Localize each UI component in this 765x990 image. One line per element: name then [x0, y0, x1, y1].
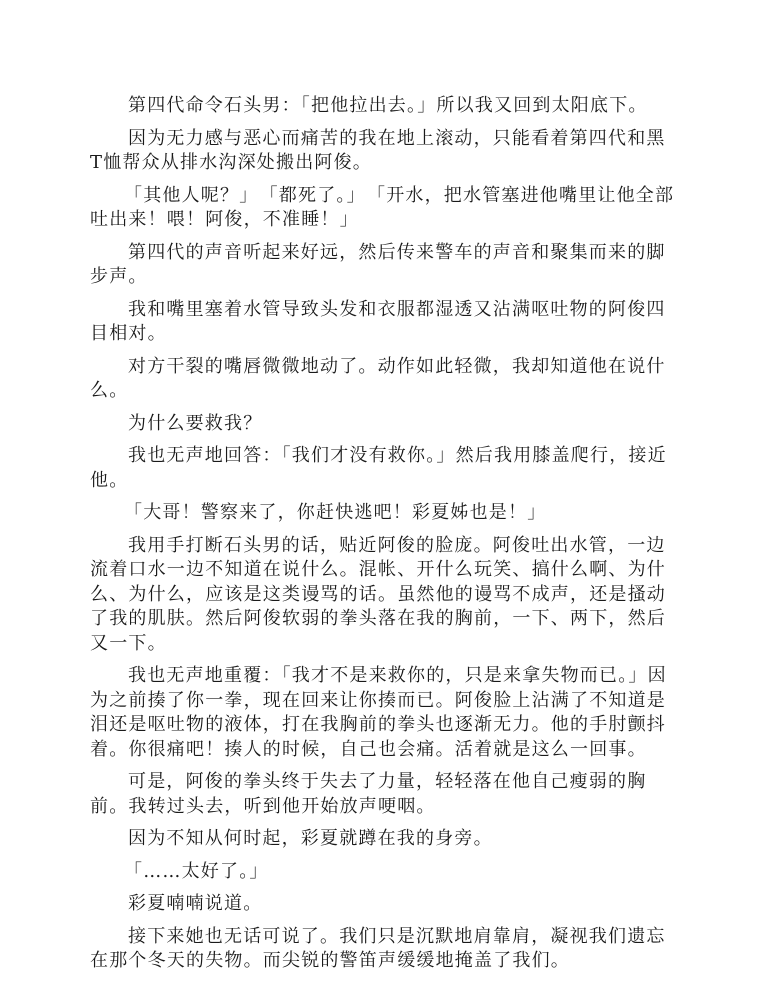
paragraph-7: 为什么要救我？	[90, 412, 676, 437]
paragraph-12: 可是，阿俊的拳头终于失去了力量，轻轻落在他自己瘦弱的胸前。我转过头去，听到他开始…	[90, 770, 676, 819]
paragraph-15: 彩夏喃喃说道。	[90, 892, 676, 917]
paragraph-2: 因为无力感与恶心而痛苦的我在地上滚动，只能看着第四代和黑T恤帮众从排水沟深处搬出…	[90, 127, 676, 176]
paragraph-6: 对方干裂的嘴唇微微地动了。动作如此轻微，我却知道他在说什么。	[90, 355, 676, 404]
paragraph-13: 因为不知从何时起，彩夏就蹲在我的身旁。	[90, 827, 676, 852]
paragraph-3: 「其他人呢？」 「都死了。」 「开水，把水管塞进他嘴里让他全部吐出来！喂！阿俊，…	[90, 184, 676, 233]
paragraph-9: 「大哥！警察来了，你赶快逃吧！彩夏姊也是！」	[90, 501, 676, 526]
paragraph-1: 第四代命令石头男：「把他拉出去。」所以我又回到太阳底下。	[90, 94, 676, 119]
paragraph-5: 我和嘴里塞着水管导致头发和衣服都湿透又沾满呕吐物的阿俊四目相对。	[90, 298, 676, 347]
paragraph-4: 第四代的声音听起来好远，然后传来警车的声音和聚集而来的脚步声。	[90, 241, 676, 290]
paragraph-16: 接下来她也无话可说了。我们只是沉默地肩靠肩，凝视我们遗忘在那个冬天的失物。而尖锐…	[90, 925, 676, 974]
document-page: 第四代命令石头男：「把他拉出去。」所以我又回到太阳底下。 因为无力感与恶心而痛苦…	[90, 94, 676, 982]
paragraph-10: 我用手打断石头男的话，贴近阿俊的脸庞。阿俊吐出水管，一边流着口水一边不知道在说什…	[90, 534, 676, 657]
paragraph-14: 「……太好了。」	[90, 860, 676, 885]
paragraph-11: 我也无声地重覆：「我才不是来救你的，只是来拿失物而已。」因为之前揍了你一拳，现在…	[90, 664, 676, 762]
paragraph-8: 我也无声地回答：「我们才没有救你。」然后我用膝盖爬行，接近他。	[90, 444, 676, 493]
